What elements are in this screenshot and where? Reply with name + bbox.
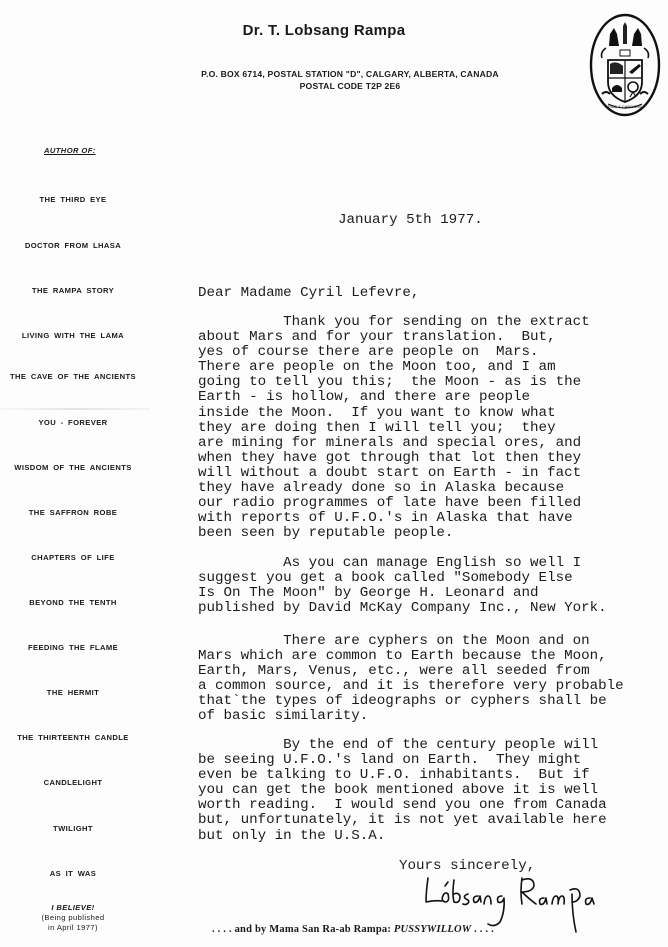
book-title: FEEDING THE FLAME — [0, 643, 146, 652]
letter-date: January 5th 1977. — [338, 212, 483, 228]
letter-page: Dr. T. Lobsang Rampa P.O. BOX 6714, POST… — [0, 0, 668, 947]
book-title: THE SAFFRON ROBE — [0, 508, 146, 517]
footer-note: . . . . and by Mama San Ra-ab Rampa: PUS… — [212, 924, 494, 935]
author-bibliography-sidebar: AUTHOR OF: THE THIRD EYE DOCTOR FROM LHA… — [0, 0, 150, 947]
letter-paragraph: By the end of the century people will be… — [198, 738, 607, 844]
book-title: THE CAVE OF THE ANCIENTS — [0, 372, 146, 381]
book-title: CHAPTERS OF LIFE — [0, 553, 146, 562]
book-title: YOU - FOREVER — [0, 418, 146, 427]
book-title: THE THIRTEENTH CANDLE — [0, 733, 146, 742]
letter-paragraph: Thank you for sending on the extract abo… — [198, 315, 590, 541]
letter-paragraph: There are cyphers on the Moon and on Mar… — [198, 634, 624, 725]
address-line-1: P.O. BOX 6714, POSTAL STATION "D", CALGA… — [140, 68, 560, 80]
upcoming-book-title: I BELIEVE! — [0, 903, 146, 913]
footer-prefix: . . . . and by Mama San Ra-ab Rampa: — [212, 924, 394, 935]
address-line-2: POSTAL CODE T2P 2E6 — [140, 80, 560, 92]
svg-text:FIDE & CANDORE: FIDE & CANDORE — [608, 104, 642, 109]
book-title: THE THIRD EYE — [0, 195, 146, 204]
coat-of-arms-icon: FIDE & CANDORE — [588, 12, 662, 118]
book-title: THE HERMIT — [0, 688, 146, 697]
sidebar-heading: AUTHOR OF: — [44, 146, 96, 155]
paper-fold-mark — [0, 408, 150, 410]
letterhead-address: P.O. BOX 6714, POSTAL STATION "D", CALGA… — [140, 68, 560, 92]
footer-book-title: PUSSYWILLOW — [394, 924, 471, 935]
upcoming-note-line-2: in April 1977) — [0, 923, 146, 933]
upcoming-book-note: I BELIEVE! (Being published in April 197… — [0, 903, 146, 933]
footer-suffix: . . . . — [471, 924, 494, 935]
book-title: CANDLELIGHT — [0, 778, 146, 787]
book-title: AS IT WAS — [0, 869, 146, 878]
upcoming-note-line-1: (Being published — [0, 913, 146, 923]
letter-salutation: Dear Madame Cyril Lefevre, — [198, 285, 419, 301]
book-title: LIVING WITH THE LAMA — [0, 331, 146, 340]
book-title: WISDOM OF THE ANCIENTS — [0, 463, 146, 472]
book-title: TWILIGHT — [0, 824, 146, 833]
letter-paragraph: As you can manage English so well I sugg… — [198, 556, 607, 616]
book-title: BEYOND THE TENTH — [0, 598, 146, 607]
book-title: THE RAMPA STORY — [0, 286, 146, 295]
book-title: DOCTOR FROM LHASA — [0, 241, 146, 250]
